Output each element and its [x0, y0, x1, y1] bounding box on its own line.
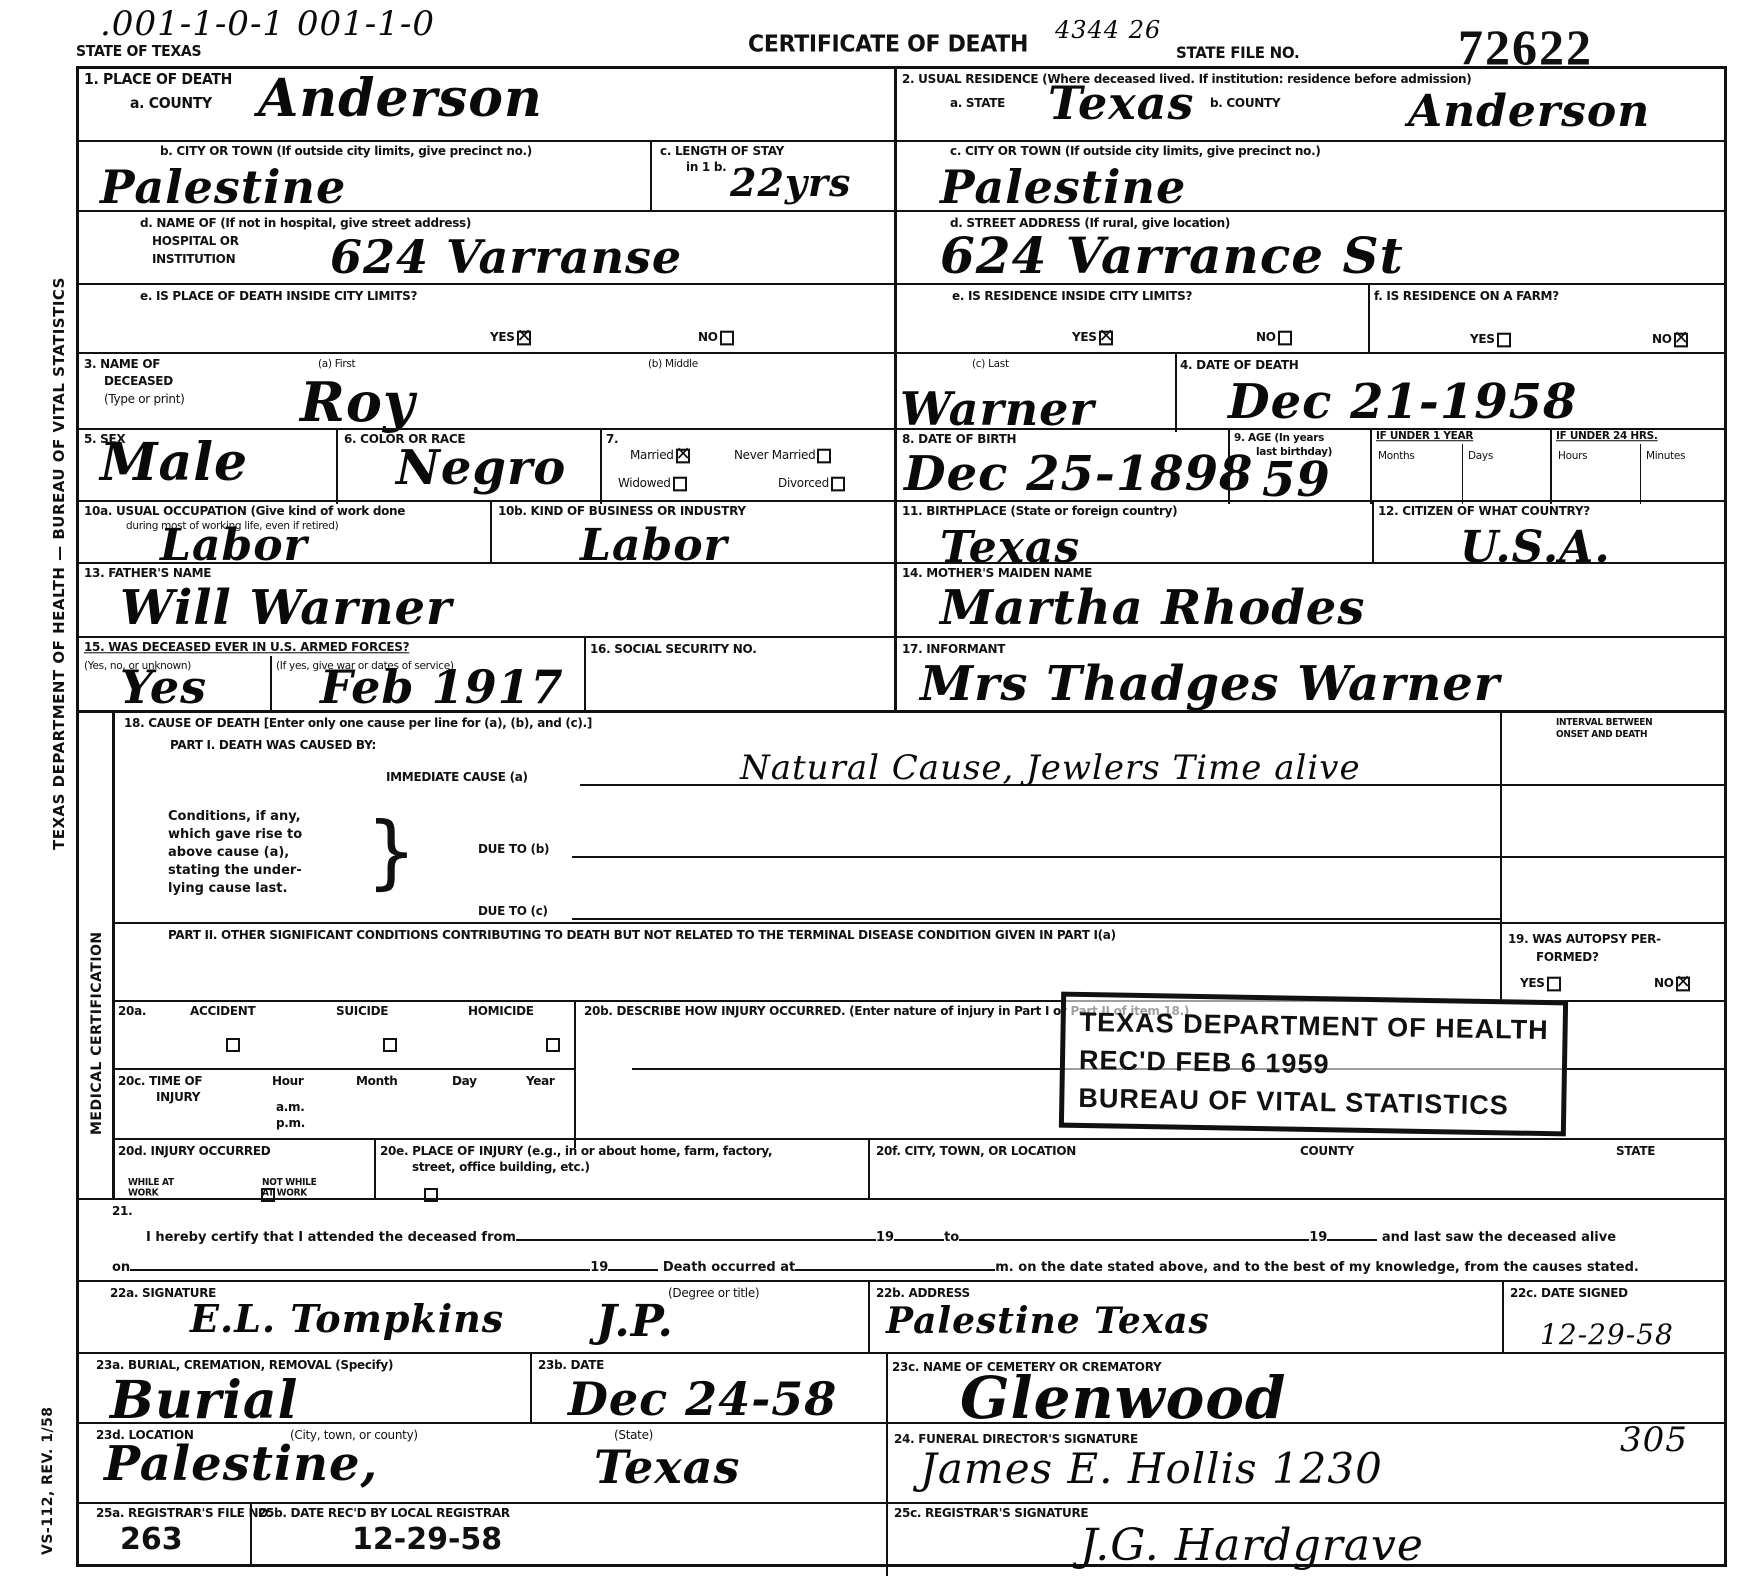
brace-icon: } [366, 812, 417, 892]
checkbox-no[interactable] [720, 330, 734, 345]
length-of-stay-sub: in 1 b. [686, 160, 726, 175]
months-label: Months [1378, 450, 1415, 463]
married-label: Married [630, 448, 674, 463]
checkbox-yes[interactable] [1547, 976, 1561, 991]
farm-label: f. IS RESIDENCE ON A FARM? [1374, 289, 1559, 304]
date-signed-value: 12-29-58 [1540, 1318, 1674, 1351]
marital-never-married[interactable]: Never Married [734, 448, 831, 463]
immediate-cause-label: IMMEDIATE CAUSE (a) [386, 770, 528, 785]
county-value: Anderson [258, 68, 543, 129]
accident-label: ACCIDENT [190, 1004, 255, 1019]
location-state-value: Texas [594, 1440, 740, 1494]
received-stamp: TEXAS DEPARTMENT OF HEALTH REC'D FEB 6 1… [1059, 992, 1568, 1137]
industry-label: 10b. KIND OF BUSINESS OR INDUSTRY [498, 504, 746, 519]
certification-number: 21. [112, 1204, 132, 1219]
citizen-label: 12. CITIZEN OF WHAT COUNTRY? [1378, 504, 1590, 519]
no-label: NO [1652, 332, 1672, 347]
stamp-line: BUREAU OF VITAL STATISTICS [1078, 1079, 1548, 1125]
year-label: Year [526, 1074, 555, 1089]
age-label: 9. AGE (In years [1234, 432, 1324, 445]
no-label: NO [1654, 976, 1674, 991]
injury-county-label: COUNTY [1300, 1144, 1354, 1159]
cert-year: 19 [876, 1230, 894, 1245]
due-to-c-label: DUE TO (c) [478, 904, 548, 919]
registrar-file-label: 25a. REGISTRAR'S FILE NO. [96, 1506, 272, 1521]
length-of-stay-label: c. LENGTH OF STAY [660, 144, 784, 159]
residence-city-label: c. CITY OR TOWN (If outside city limits,… [950, 144, 1321, 159]
physician-signature: E.L. Tompkins [190, 1296, 504, 1341]
immediate-cause-value: Natural Cause, Jewlers Time alive [740, 748, 1361, 788]
autopsy-no[interactable]: NO [1654, 976, 1690, 991]
checkbox-no[interactable] [1676, 976, 1690, 991]
cert-year: 19 [590, 1260, 608, 1275]
suicide-label: SUICIDE [336, 1004, 388, 1019]
day-label: Day [452, 1074, 477, 1089]
hospital-label: d. NAME OF (If not in hospital, give str… [140, 216, 471, 231]
yes-label: YES [1520, 976, 1545, 991]
checkbox-divorced[interactable] [831, 476, 845, 491]
suicide-option[interactable]: SUICIDE [336, 1004, 388, 1019]
residence-inside-city-label: e. IS RESIDENCE INSIDE CITY LIMITS? [952, 289, 1192, 304]
marital-married[interactable]: Married [630, 448, 690, 463]
place-of-injury-label-2: street, office building, etc.) [412, 1160, 590, 1175]
checkbox-homicide[interactable] [546, 1038, 560, 1052]
cert-on: on [112, 1260, 130, 1275]
accident-option[interactable]: ACCIDENT [190, 1004, 255, 1019]
street-address-value: 624 Varrance St [940, 226, 1404, 285]
cert-text: Death occurred at [663, 1260, 795, 1275]
cert-to: to [944, 1230, 959, 1245]
informant-value: Mrs Thadges Warner [920, 656, 1500, 712]
autopsy-yes[interactable]: YES [1520, 976, 1561, 991]
minutes-label: Minutes [1646, 450, 1685, 463]
residence-city-value: Palestine [940, 160, 1186, 214]
address-value: Palestine Texas [886, 1300, 1210, 1342]
mother-label: 14. MOTHER'S MAIDEN NAME [902, 566, 1092, 581]
city-label: b. CITY OR TOWN (If outside city limits,… [160, 144, 532, 159]
state-label: STATE OF TEXAS [76, 44, 201, 61]
autopsy-label: 19. WAS AUTOPSY PER- [1508, 932, 1661, 947]
conditions-note-line: Conditions, if any, [168, 808, 302, 826]
city-value: Palestine [100, 160, 346, 214]
name-label-3: (Type or print) [104, 392, 185, 407]
title-annotation: 4344 26 [1055, 16, 1161, 44]
date-of-death-label: 4. DATE OF DEATH [1180, 358, 1298, 373]
yes-label: YES [490, 330, 515, 345]
checkbox-suicide[interactable] [383, 1038, 397, 1052]
medical-certification-side-text: MEDICAL CERTIFICATION [89, 931, 105, 1135]
date-of-death-value: Dec 21-1958 [1228, 374, 1577, 430]
inside-city-label: e. IS PLACE OF DEATH INSIDE CITY LIMITS? [140, 289, 417, 304]
father-label: 13. FATHER'S NAME [84, 566, 211, 581]
time-of-injury-label-2: INJURY [156, 1090, 200, 1105]
degree-value: J.P. [596, 1296, 674, 1347]
first-name-label: (a) First [318, 358, 355, 371]
armed-forces-label: 15. WAS DECEASED EVER IN U.S. ARMED FORC… [84, 640, 409, 655]
armed-forces-value: Yes [120, 660, 207, 714]
conditions-note-line: above cause (a), [168, 844, 302, 862]
cert-text: and last saw the deceased alive [1382, 1230, 1616, 1245]
widowed-label: Widowed [618, 476, 671, 491]
informant-label: 17. INFORMANT [902, 642, 1005, 657]
residence-inside-city-yes[interactable]: YES [1072, 330, 1113, 345]
while-at-work-label: WHILE AT WORK [128, 1178, 182, 1199]
checkbox-married[interactable] [676, 448, 690, 463]
homicide-option[interactable]: HOMICIDE [468, 1004, 534, 1019]
occupation-label: 10a. USUAL OCCUPATION (Give kind of work… [84, 504, 405, 519]
form-number: VS-112, REV. 1/58 [40, 1406, 56, 1555]
citizen-value: U.S.A. [1460, 522, 1611, 573]
checkbox-yes[interactable] [517, 330, 531, 345]
name-label: 3. NAME OF [84, 357, 160, 372]
not-while-at-work-label: NOT WHILE AT WORK [262, 1178, 322, 1199]
inside-city-no[interactable]: NO [698, 330, 734, 345]
burial-date-label: 23b. DATE [538, 1358, 604, 1373]
state-file-label: STATE FILE NO. [1176, 44, 1299, 63]
race-value: Negro [396, 440, 566, 496]
farm-no[interactable]: NO [1652, 332, 1688, 347]
injury-occurred-label: 20d. INJURY OCCURRED [118, 1144, 270, 1159]
date-signed-label: 22c. DATE SIGNED [1510, 1286, 1628, 1301]
residence-county-label: b. COUNTY [1210, 96, 1280, 111]
department-side-text: TEXAS DEPARTMENT OF HEALTH — BUREAU OF V… [50, 277, 68, 850]
month-label: Month [356, 1074, 398, 1089]
residence-state-label: a. STATE [950, 96, 1005, 111]
interval-label: INTERVAL BETWEEN [1556, 718, 1652, 729]
dob-label: 8. DATE OF BIRTH [902, 432, 1016, 447]
sex-value: Male [100, 432, 248, 493]
checkbox-widowed[interactable] [673, 476, 687, 491]
checkbox-yes[interactable] [1497, 332, 1511, 347]
divorced-label: Divorced [778, 476, 829, 491]
never-married-label: Never Married [734, 448, 815, 463]
autopsy-label-2: FORMED? [1536, 950, 1599, 965]
cause-of-death-label: 18. CAUSE OF DEATH [Enter only one cause… [124, 716, 592, 731]
hospital-value: 624 Varranse [330, 230, 682, 284]
marital-divorced[interactable]: Divorced [778, 476, 845, 491]
residence-inside-city-no[interactable]: NO [1256, 330, 1292, 345]
hour-label: Hour [272, 1074, 304, 1089]
conditions-note: Conditions, if any, which gave rise to a… [168, 808, 302, 898]
ssn-label: 16. SOCIAL SECURITY NO. [590, 642, 756, 657]
injury-type-label: 20a. [118, 1004, 146, 1019]
burial-date-value: Dec 24-58 [568, 1372, 837, 1426]
name-label-2: DECEASED [104, 374, 173, 389]
hospital-label-3: INSTITUTION [152, 252, 235, 267]
funeral-director-annotation: 305 [1620, 1420, 1688, 1460]
marital-widowed[interactable]: Widowed [618, 476, 687, 491]
part1-label: PART I. DEATH WAS CAUSED BY: [170, 738, 376, 753]
birthplace-label: 11. BIRTHPLACE (State or foreign country… [902, 504, 1177, 519]
injury-state-label: STATE [1616, 1144, 1655, 1159]
address-label: 22b. ADDRESS [876, 1286, 970, 1301]
cert-text: I hereby certify that I attended the dec… [146, 1230, 516, 1245]
days-label: Days [1468, 450, 1493, 463]
time-of-injury-label: 20c. TIME OF [118, 1074, 202, 1089]
father-value: Will Warner [120, 580, 452, 636]
hours-label: Hours [1558, 450, 1587, 463]
mother-value: Martha Rhodes [940, 580, 1365, 636]
middle-name-label: (b) Middle [648, 358, 698, 371]
dob-value: Dec 25-1898 [904, 446, 1253, 502]
yes-label: YES [1072, 330, 1097, 345]
county-label: a. COUNTY [130, 96, 212, 113]
checkbox-yes[interactable] [1099, 330, 1113, 345]
hospital-label-2: HOSPITAL OR [152, 234, 239, 249]
certification-line-2: on19 Death occurred atm. on the date sta… [112, 1260, 1639, 1275]
registrar-signature: J.G. Hardgrave [1080, 1520, 1424, 1571]
date-received-value: 12-29-58 [352, 1522, 502, 1557]
pm-label: p.m. [276, 1116, 305, 1131]
residence-county-value: Anderson [1408, 86, 1650, 137]
certificate-title: CERTIFICATE OF DEATH [748, 31, 1028, 57]
last-name-label: (c) Last [972, 358, 1009, 371]
farm-yes[interactable]: YES [1470, 332, 1511, 347]
residence-state-value: Texas [1048, 76, 1194, 130]
no-label: NO [698, 330, 718, 345]
cert-year: 19 [1309, 1230, 1327, 1245]
date-received-label: 25b. DATE REC'D BY LOCAL REGISTRAR [258, 1506, 510, 1521]
funeral-director-signature: James E. Hollis 1230 [920, 1444, 1383, 1493]
service-dates-value: Feb 1917 [320, 660, 564, 714]
place-of-death-label: 1. PLACE OF DEATH [84, 72, 232, 89]
am-label: a.m. [276, 1100, 305, 1115]
registrar-file-value: 263 [120, 1522, 183, 1557]
due-to-b-label: DUE TO (b) [478, 842, 549, 857]
conditions-note-line: stating the under- [168, 862, 302, 880]
cert-text: m. on the date stated above, and to the … [995, 1260, 1639, 1275]
injury-city-label: 20f. CITY, TOWN, OR LOCATION [876, 1144, 1076, 1159]
under-24-label: IF UNDER 24 HRS. [1556, 430, 1658, 443]
yes-label: YES [1470, 332, 1495, 347]
marital-label: 7. [606, 432, 618, 447]
checkbox-never-married[interactable] [817, 448, 831, 463]
checkbox-no[interactable] [1674, 332, 1688, 347]
conditions-note-line: lying cause last. [168, 880, 302, 898]
first-name-value: Roy [300, 370, 415, 434]
under-1-year-label: IF UNDER 1 YEAR [1376, 430, 1473, 443]
handwritten-index-codes: .001-1-0-1 001-1-0 [100, 4, 435, 44]
conditions-note-line: which gave rise to [168, 826, 302, 844]
interval-label-2: ONSET AND DEATH [1556, 730, 1647, 741]
location-city-value: Palestine, [104, 1436, 378, 1492]
homicide-label: HOMICIDE [468, 1004, 534, 1019]
length-of-stay-value: 22yrs [730, 160, 851, 205]
degree-label: (Degree or title) [668, 1286, 759, 1301]
inside-city-yes[interactable]: YES [490, 330, 531, 345]
certification-line-1: I hereby certify that I attended the dec… [146, 1230, 1616, 1245]
checkbox-no[interactable] [1278, 330, 1292, 345]
part2-label: PART II. OTHER SIGNIFICANT CONDITIONS CO… [168, 928, 1116, 943]
place-of-injury-label: 20e. PLACE OF INJURY (e.g., in or about … [380, 1144, 772, 1159]
registrar-signature-label: 25c. REGISTRAR'S SIGNATURE [894, 1506, 1088, 1521]
checkbox-accident[interactable] [226, 1038, 240, 1052]
no-label: NO [1256, 330, 1276, 345]
